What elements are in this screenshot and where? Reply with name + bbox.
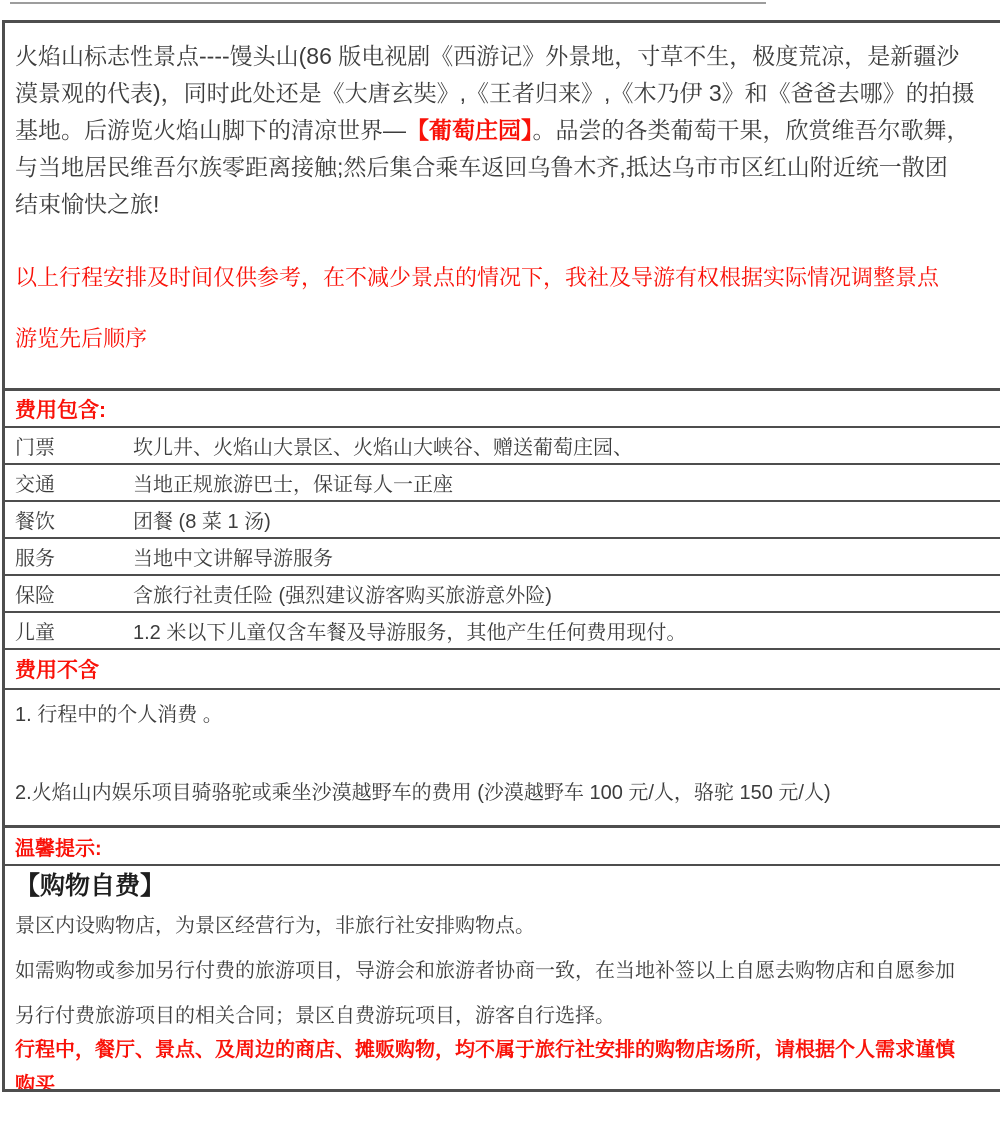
fee-value: 含旅行社责任险 (强烈建议游客购买旅游意外险) [133, 579, 1000, 608]
fee-row-tickets: 门票 坎儿井、火焰山大景区、火焰山大峡谷、赠送葡萄庄园、 [5, 428, 1000, 465]
fee-label: 儿童 [15, 616, 133, 645]
fee-label: 餐饮 [15, 505, 133, 534]
fee-row-service: 服务 当地中文讲解导游服务 [5, 539, 1000, 576]
fee-label: 服务 [15, 542, 133, 571]
tips-header: 温馨提示: [15, 832, 102, 861]
fees-included-header: 费用包含: [15, 394, 106, 424]
fee-row-transport: 交通 当地正规旅游巴士，保证每人一正座 [5, 465, 1000, 502]
itinerary-line-2: 漠景观的代表)，同时此处还是《大唐玄奘》,《王者归来》,《木乃伊 3》和《爸爸去… [15, 75, 1000, 112]
fee-value: 团餐 (8 菜 1 汤) [133, 505, 1000, 534]
fee-value: 坎儿井、火焰山大景区、火焰山大峡谷、赠送葡萄庄园、 [133, 431, 1000, 460]
fee-row-meals: 餐饮 团餐 (8 菜 1 汤) [5, 502, 1000, 539]
itinerary-line-5: 结束愉快之旅! [15, 186, 1000, 223]
fees-included-header-row: 费用包含: [5, 391, 1000, 428]
fee-row-children: 儿童 1.2 米以下儿童仅含车餐及导游服务，其他产生任何费用现付。 [5, 613, 1000, 650]
disclaimer-line-1: 以上行程安排及时间仅供参考，在不减少景点的情况下，我社及导游有权根据实际情况调整… [15, 259, 1000, 296]
fees-excluded-item-1: 1. 行程中的个人消费 。 [15, 702, 1000, 728]
shopping-warning-line-2: 购买 [15, 1072, 1000, 1089]
tips-header-row: 温馨提示: [5, 828, 1000, 866]
fee-value: 1.2 米以下儿童仅含车餐及导游服务，其他产生任何费用现付。 [133, 616, 1000, 645]
fee-value: 当地中文讲解导游服务 [133, 542, 1000, 571]
fee-label: 交通 [15, 468, 133, 497]
grape-manor-highlight: 【葡萄庄园】 [406, 117, 533, 143]
shopping-title: 【购物自费】 [15, 870, 1000, 903]
itinerary-line-1: 火焰山标志性景点----馒头山(86 版电视剧《西游记》外景地，寸草不生，极度荒… [15, 38, 1000, 75]
fee-row-insurance: 保险 含旅行社责任险 (强烈建议游客购买旅游意外险) [5, 576, 1000, 613]
fees-excluded-header-row: 费用不含 [5, 650, 1000, 690]
shopping-line-1: 景区内设购物店，为景区经营行为，非旅行社安排购物点。 [15, 913, 1000, 939]
itinerary-line-4: 与当地居民维吾尔族零距离接触;然后集合乘车返回乌鲁木齐,抵达乌市市区红山附近统一… [15, 149, 1000, 186]
fees-excluded-item-2: 2.火焰山内娱乐项目骑骆驼或乘坐沙漠越野车的费用 (沙漠越野车 100 元/人，… [15, 780, 1000, 806]
fees-excluded-header: 费用不含 [15, 654, 99, 684]
shopping-warning-line-1: 行程中，餐厅、景点、及周边的商店、摊贩购物，均不属于旅行社安排的购物店场所，请根… [15, 1037, 1000, 1063]
top-partial-rule [10, 2, 766, 4]
tour-document-table: 火焰山标志性景点----馒头山(86 版电视剧《西游记》外景地，寸草不生，极度荒… [2, 20, 1000, 1092]
itinerary-section: 火焰山标志性景点----馒头山(86 版电视剧《西游记》外景地，寸草不生，极度荒… [5, 23, 1000, 391]
shopping-line-3: 另行付费旅游项目的相关合同；景区自费游玩项目，游客自行选择。 [15, 1003, 1000, 1029]
itinerary-line-3: 基地。后游览火焰山脚下的清凉世界—【葡萄庄园】。品尝的各类葡萄干果，欣赏维吾尔歌… [15, 112, 1000, 149]
fee-label: 门票 [15, 431, 133, 460]
shopping-section: 【购物自费】 景区内设购物店，为景区经营行为，非旅行社安排购物点。 如需购物或参… [5, 866, 1000, 1089]
fees-excluded-items: 1. 行程中的个人消费 。 2.火焰山内娱乐项目骑骆驼或乘坐沙漠越野车的费用 (… [5, 690, 1000, 828]
shopping-line-2: 如需购物或参加另行付费的旅游项目，导游会和旅游者协商一致，在当地补签以上自愿去购… [15, 958, 1000, 984]
itinerary-line-3-pre: 基地。后游览火焰山脚下的清凉世界— [15, 117, 406, 143]
fee-value: 当地正规旅游巴士，保证每人一正座 [133, 468, 1000, 497]
fee-label: 保险 [15, 579, 133, 608]
itinerary-line-3-post: 。品尝的各类葡萄干果，欣赏维吾尔歌舞， [533, 117, 970, 143]
disclaimer-line-2: 游览先后顺序 [15, 320, 1000, 357]
